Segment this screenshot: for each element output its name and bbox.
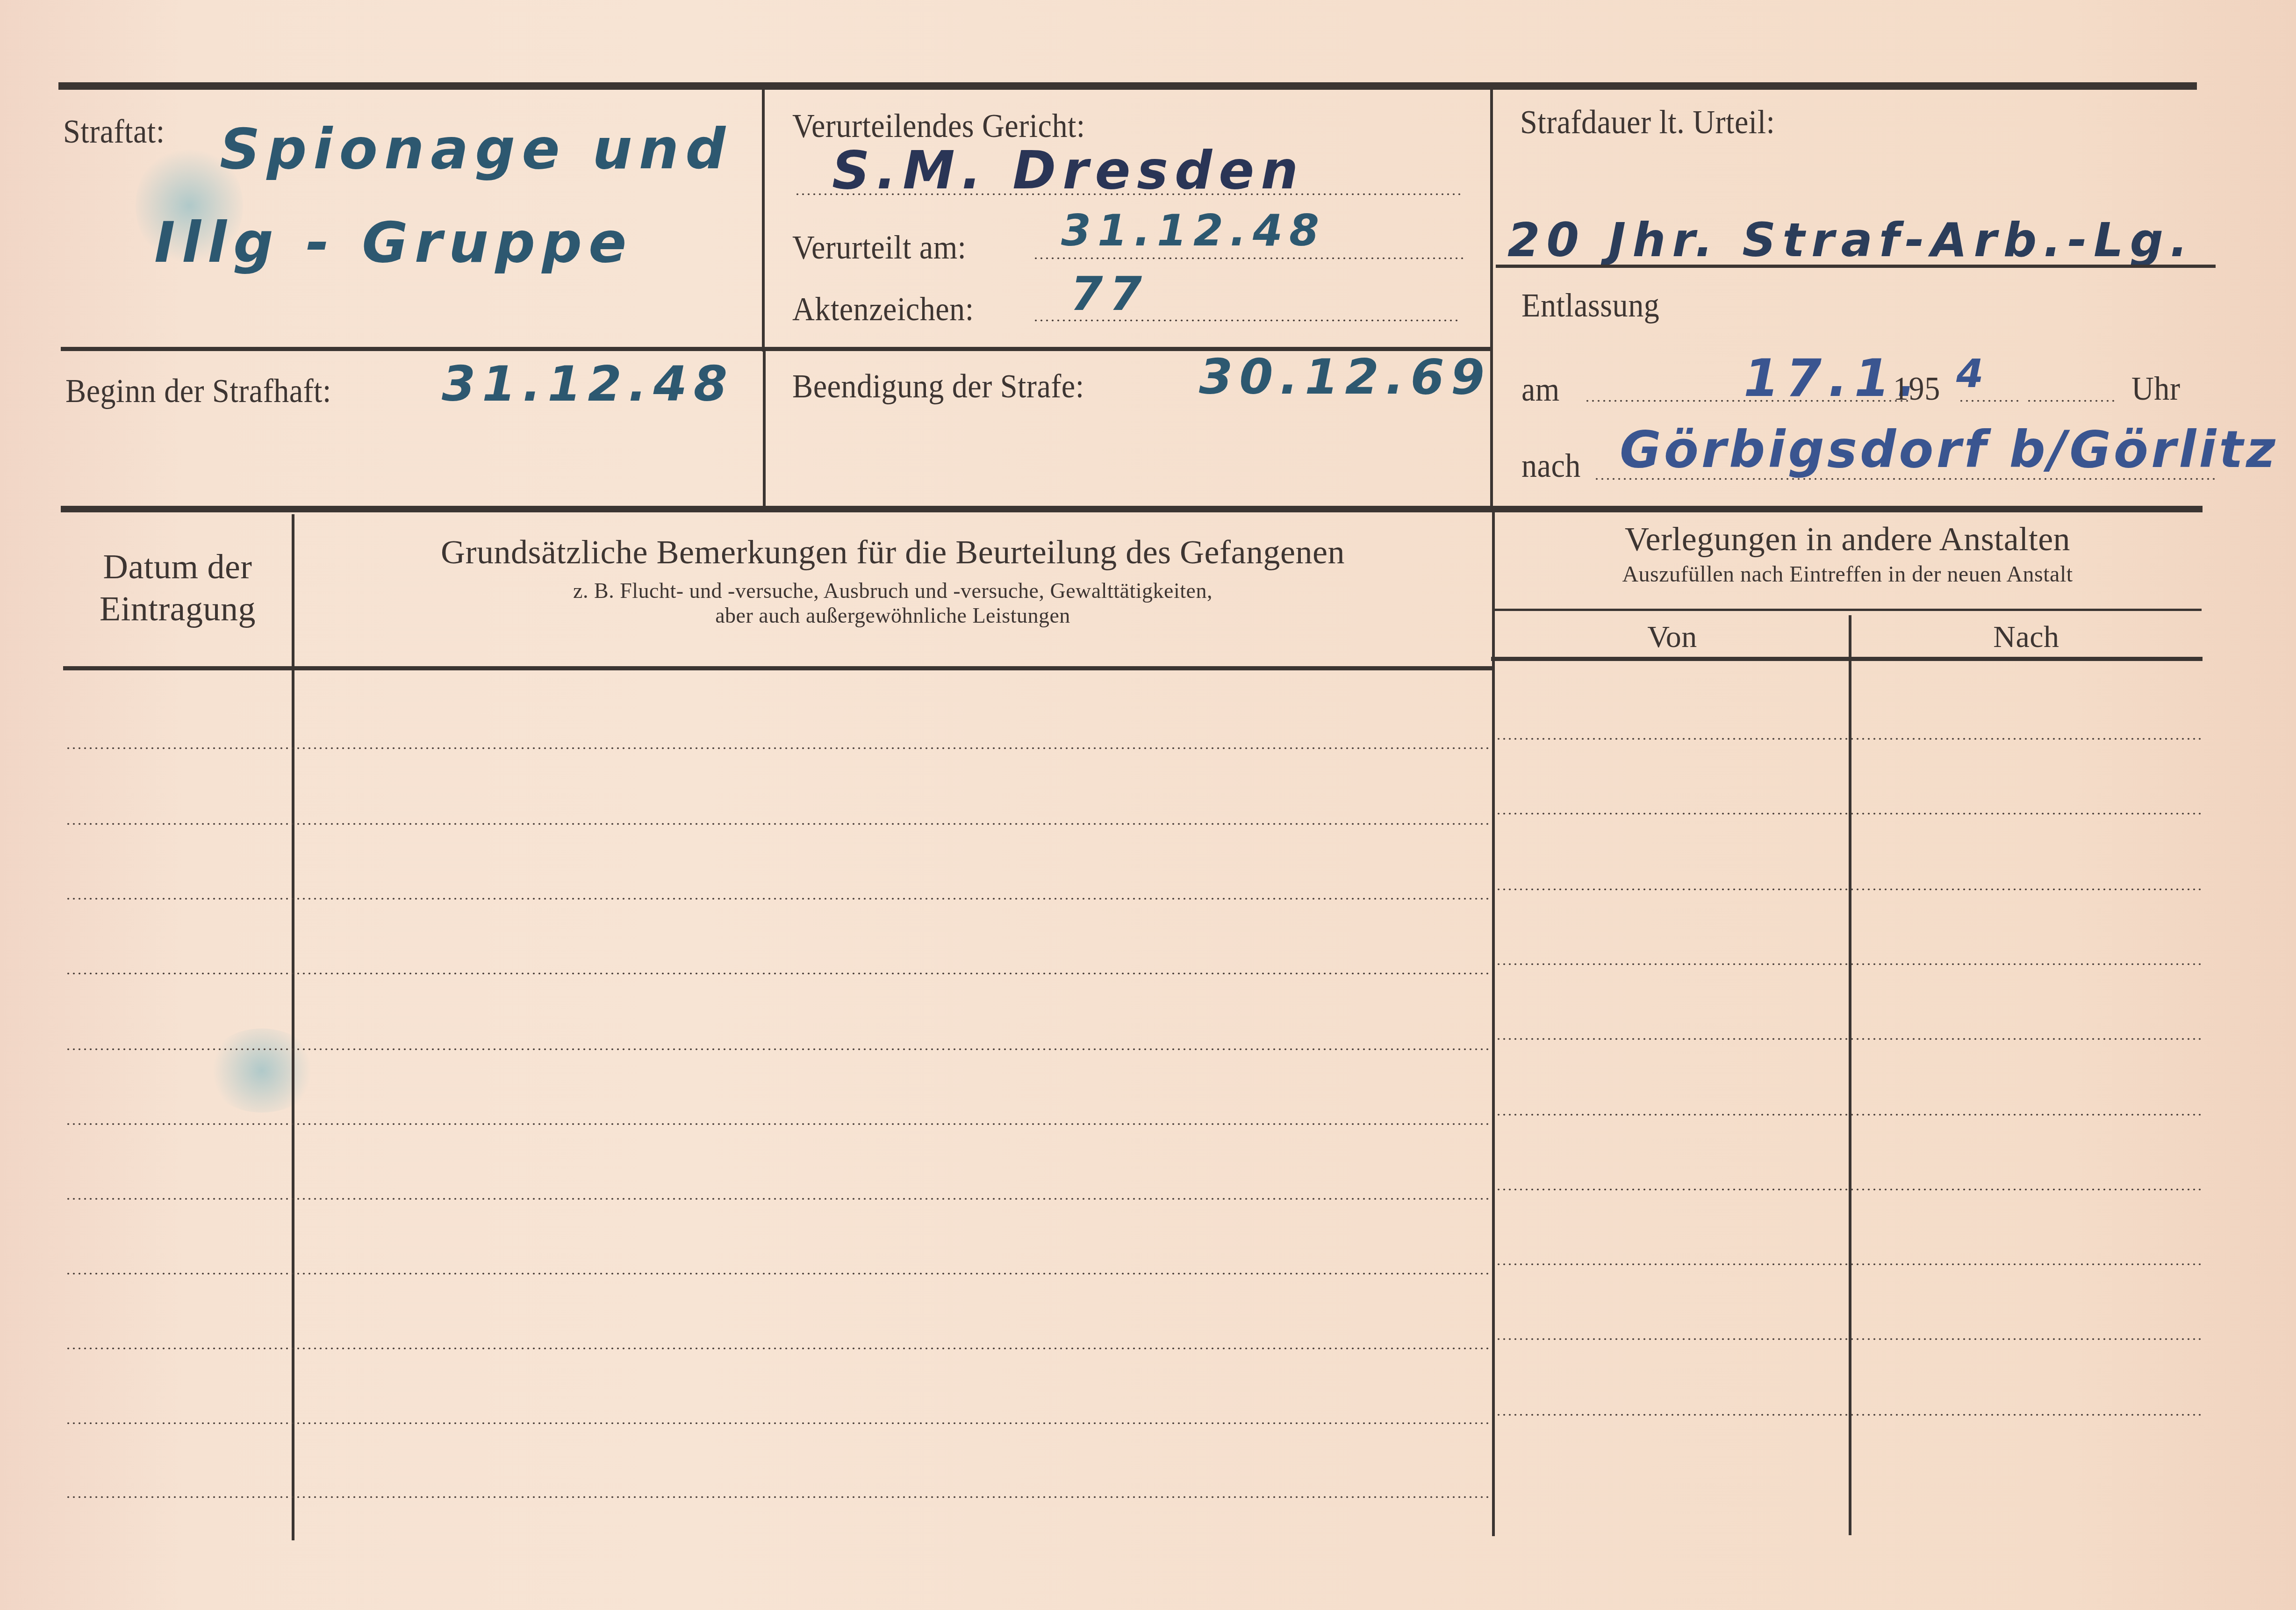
col-header-verlegungen-title: Verlegungen in andere Anstalten: [1493, 520, 2202, 559]
strafdauer-value: 20 Jhr. Straf-Arb.-Lg.: [1507, 213, 2194, 267]
row-line-right-5: [1496, 1038, 2202, 1040]
row-line-right-4: [1496, 963, 2202, 965]
row-line-right-1: [1496, 738, 2202, 740]
col-header-datum-line1: Datum der: [70, 546, 285, 588]
row-line-11: [65, 1496, 1491, 1498]
rule-verlegungen-sub: [1493, 609, 2202, 611]
gericht-dotted-line: [795, 193, 1463, 195]
aktenzeichen-label: Aktenzeichen:: [792, 290, 974, 329]
entlassung-label: Entlassung: [1521, 286, 1659, 325]
entlassung-nach-dotted-line: [1594, 478, 2216, 480]
entlassung-year-prefix: 195: [1893, 369, 1940, 408]
divider-von-nach-header: [1849, 615, 1851, 662]
entlassung-year-dotted-line: [1959, 400, 2019, 402]
col-header-nach: Nach: [1851, 619, 2202, 655]
row-line-9: [65, 1347, 1491, 1350]
divider-strafdauer: [1490, 88, 1493, 509]
beginn-strafhaft-value: 31.12.48: [442, 355, 734, 412]
entlassung-nach-label: nach: [1521, 446, 1581, 485]
divider-beendigung: [763, 351, 766, 507]
rule-above-table: [61, 506, 2203, 512]
row-line-right-2: [1496, 812, 2202, 815]
gericht-value: S.M. Dresden: [832, 140, 1305, 201]
col-header-verlegungen-subtitle: Auszufüllen nach Eintreffen in der neuen…: [1493, 561, 2202, 587]
ink-stain: [206, 1028, 318, 1113]
col-header-datum-line2: Eintragung: [70, 588, 285, 630]
aktenzeichen-value: 77: [1070, 266, 1148, 321]
row-line-right-3: [1496, 888, 2202, 891]
divider-gericht: [762, 90, 765, 352]
rule-under-header-left: [63, 666, 1493, 670]
col-header-datum: Datum der Eintragung: [70, 546, 285, 630]
row-line-right-7: [1496, 1188, 2202, 1191]
verurteilt-am-label: Verurteilt am:: [792, 228, 966, 267]
col-header-bemerkungen: Grundsätzliche Bemerkungen für die Beurt…: [299, 533, 1486, 628]
col-header-bemerkungen-sub1: z. B. Flucht- und -versuche, Ausbruch un…: [299, 578, 1486, 603]
divider-bemerkungen: [1492, 512, 1495, 1536]
verurteilt-am-dotted-line: [1033, 257, 1463, 259]
row-line-right-6: [1496, 1114, 2202, 1116]
beginn-strafhaft-label: Beginn der Strafhaft:: [65, 372, 331, 410]
row-line-1: [65, 747, 1491, 749]
col-header-verlegungen: Verlegungen in andere Anstalten Auszufül…: [1493, 520, 2202, 587]
row-line-7: [65, 1198, 1491, 1200]
row-line-right-8: [1496, 1263, 2202, 1265]
row-line-right-10: [1496, 1414, 2202, 1416]
gericht-label: Verurteilendes Gericht:: [792, 107, 1085, 145]
col-header-bemerkungen-title: Grundsätzliche Bemerkungen für die Beurt…: [299, 533, 1486, 572]
row-line-right-9: [1496, 1338, 2202, 1340]
top-rule: [58, 82, 2197, 90]
row-line-6: [65, 1123, 1491, 1125]
entlassung-uhr-dotted-line: [2026, 400, 2115, 402]
entlassung-uhr-label: Uhr: [2131, 369, 2180, 408]
col-header-bemerkungen-sub2: aber auch außergewöhnliche Leistungen: [299, 603, 1486, 628]
row-line-10: [65, 1422, 1491, 1424]
beendigung-strafe-label: Beendigung der Strafe:: [792, 367, 1084, 406]
straftat-value-line1: Spionage und: [220, 117, 732, 182]
rule-under-header-right: [1491, 657, 2203, 661]
row-line-5: [65, 1048, 1491, 1050]
divider-von-nach: [1849, 660, 1851, 1535]
aktenzeichen-dotted-line: [1033, 319, 1458, 322]
straftat-label: Straftat:: [63, 112, 165, 151]
straftat-value-line2: Illg - Gruppe: [154, 210, 633, 275]
entlassung-year-suffix: 4: [1956, 351, 1983, 396]
beendigung-strafe-value: 30.12.69: [1199, 348, 1491, 405]
verurteilt-am-value: 31.12.48: [1061, 206, 1326, 256]
divider-datum: [292, 514, 294, 1540]
row-line-2: [65, 823, 1491, 825]
strafdauer-underline: [1496, 265, 2216, 268]
entlassung-am-label: am: [1521, 370, 1560, 409]
col-header-von: Von: [1496, 619, 1849, 655]
row-line-8: [65, 1272, 1491, 1275]
row-line-4: [65, 972, 1491, 975]
row-line-3: [65, 898, 1491, 900]
entlassung-nach-value: Görbigsdorf b/Görlitz: [1620, 421, 2278, 479]
strafdauer-label: Strafdauer lt. Urteil:: [1520, 103, 1775, 142]
